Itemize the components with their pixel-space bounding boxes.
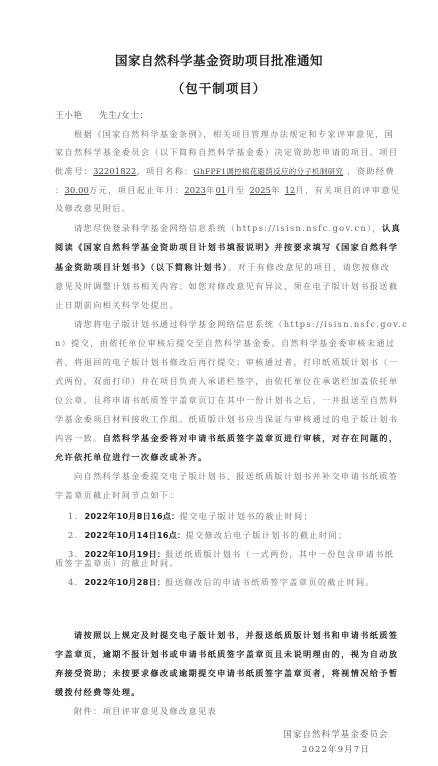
para1-line2: 家自然科学基金委员会（以下简称自然科学基金委）决定资助您申请的项目。项目: [55, 147, 405, 157]
para5-line1: 请按照以上规定及时提交电子版计划书，并报送纸质版计划书和申请书纸质签: [74, 630, 405, 640]
start-month: 01: [216, 185, 227, 195]
approval-number: 32201822: [93, 166, 136, 176]
para1-line5: 及修改意见附后。: [55, 203, 405, 213]
para1-line3: 批准号：32201822，项目名称：GhFPF1调控棉花避荫反应的分子机制研究 …: [55, 166, 405, 177]
para3-line5: 位公章，且将申请书纸质签字盖章页订在其中一份计划书之后，一并报送至自然科: [55, 395, 405, 405]
deadline-item-1: 1.2022年10月8日16点：提交电子版计划书的截止时间；: [68, 511, 418, 521]
para3-line1: 请您将电子版计划书通过科学基金网络信息系统（https://isisn.nsfc…: [74, 319, 405, 329]
funding-amount: 30.00: [65, 185, 89, 195]
para5-line4: 缓拨付经费等处理。: [55, 687, 405, 697]
deadline-item-2: 2.2022年10月14日16点：提交修改后电子版计划书的截止时间；: [68, 530, 418, 540]
deadline-item-3-cont: 质签字盖章页）的截止时间。: [55, 558, 405, 568]
para5-line2: 字盖章页，逾期不报计划书或申请书纸质签字盖章页且未说明理由的，视为自动放: [55, 649, 405, 659]
recipient-salutation: 先生/女士：: [99, 111, 148, 121]
para3-line3: 者，将退回的电子版计划书修改后再行提交；审核通过者，打印纸质版计划书（一: [55, 357, 405, 367]
document-subtitle: （包干制项目）: [0, 79, 438, 97]
deadline-date: 2022年10月14日16点：: [85, 530, 186, 540]
para1-line1: 根据《国家自然科学基金条例》，相关项目管理办法规定和专家评审意见，国: [74, 129, 405, 139]
para2-line2: 阅读《国家自然科学基金资助项目计划书填报说明》并按要求填写《国家自然科学: [55, 242, 405, 252]
para4-line2: 字盖章页截止时间节点如下：: [55, 490, 405, 500]
end-year: 2025: [249, 185, 271, 195]
para3-line6: 学基金委项目材料接收工作组。纸质版计划书应当保证与审核通过的电子版计划书: [55, 414, 405, 424]
start-year: 2023: [184, 185, 206, 195]
recipient-name: 王小艳: [55, 111, 83, 121]
para2-line1: 请您尽快登录科学基金网络信息系统（https://isisn.nsfc.gov.…: [74, 223, 405, 233]
project-name: GhFPF1调控棉花避荫反应的分子机制研究: [194, 167, 344, 176]
attachment-line: 附件：项目评审意见及修改意见表: [74, 706, 405, 716]
signature-date: 2022年9月7日: [276, 743, 396, 755]
deadline-item-4: 4.2022年10月28日：报送修改后的申请书纸质签字盖章页的截止时间。: [68, 577, 418, 587]
para1-line4: ：30.00万元，项目起止年月：2023年01月至 2025年 12月，有关项目…: [55, 185, 405, 195]
para3-line4: 式两份，双面打印）并在项目负责人承诺栏签字，由依托单位在承诺栏加盖依托单: [55, 376, 405, 386]
deadline-date: 2022年10月28日：: [85, 577, 166, 587]
para2-line5: 止日期前向相关科学处提出。: [55, 300, 405, 310]
end-month: 12: [285, 185, 296, 195]
para3-line7: 内容一致。自然科学基金委将对申请书纸质签字盖章页进行审核，对存在问题的，: [55, 433, 405, 443]
para2-line4: 意见及时调整计划书相关内容；如您对修改意见有异议，须在电子版计划书报送截: [55, 281, 405, 291]
recipient-line: 王小艳 先生/女士：: [55, 111, 405, 121]
para5-line3: 弃接受资助；未按要求修改或逾期提交申请书纸质签字盖章页者，将视情况给予暂: [55, 668, 405, 678]
signature-org: 国家自然科学基金委员会: [276, 728, 396, 740]
para3-line2: n）提交，由依托单位审核后提交至自然科学基金委。自然科学基金委审核未通过: [55, 338, 405, 348]
para4-line1: 向自然科学基金委提交电子版计划书、报送纸质版计划书并补交申请书纸质签: [74, 471, 405, 481]
para2-line3: 基金资助项目计划书》（以下简称计划书）。对于有修改意见的项目，请您按修改: [55, 262, 405, 272]
deadline-date: 2022年10月8日16点：: [85, 511, 180, 521]
para3-line8: 允许依托单位进行一次修改或补齐。: [55, 452, 405, 462]
approval-notice-document: 国家自然科学基金资助项目批准通知 （包干制项目） 王小艳 先生/女士： 根据《国…: [0, 0, 438, 766]
document-title: 国家自然科学基金资助项目批准通知: [0, 51, 438, 69]
